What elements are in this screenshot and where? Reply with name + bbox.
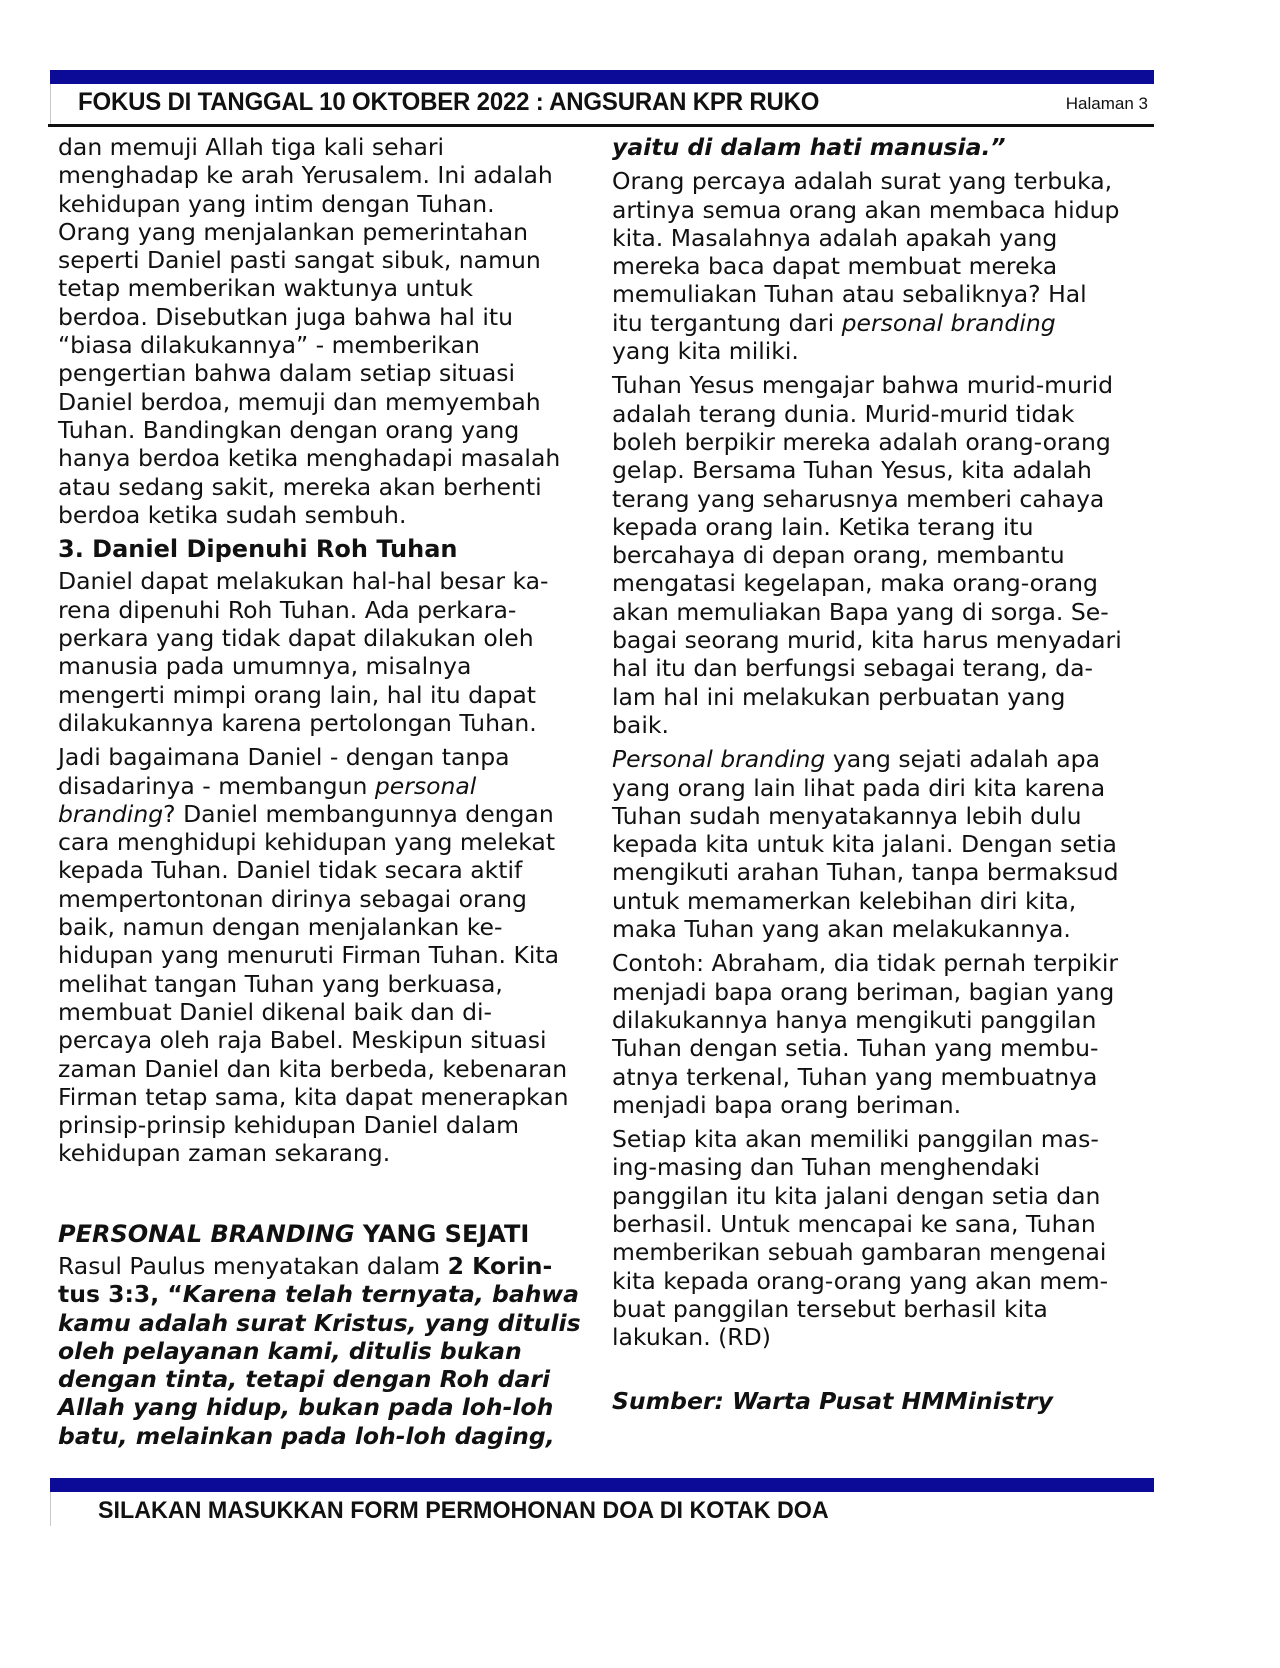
source-credit: Sumber: Warta Pusat HMMinistry: [612, 1387, 1172, 1415]
paragraph-true-branding: Personal branding yang sejati adalah apa…: [612, 745, 1172, 943]
paragraph-calling: Setiap kita akan memiliki panggilan mas-…: [612, 1125, 1172, 1351]
scripture-quote: Karena telah ternyata, bahwa: [183, 1280, 579, 1308]
scripture-reference: 2 Korin-: [448, 1252, 553, 1280]
italic-term: branding: [58, 800, 163, 828]
header-rule: [48, 124, 1154, 127]
paragraph-corinthians-quote: Rasul Paulus menyatakan dalam 2 Korin- t…: [58, 1252, 618, 1450]
top-accent-bar: [50, 70, 1154, 84]
paragraph-open-letter: Orang percaya adalah surat yang terbuka,…: [612, 167, 1172, 365]
paragraph-light-of-world: Tuhan Yesus mengajar bahwa murid-murid a…: [612, 371, 1172, 739]
section-spacer: [58, 1174, 618, 1216]
left-column: dan memuji Allah tiga kali sehari mengha…: [58, 133, 618, 1456]
page-number: Halaman 3: [1066, 94, 1148, 114]
italic-term: personal: [375, 772, 476, 800]
left-edge-line: [50, 84, 51, 124]
paragraph-prayer-life: dan memuji Allah tiga kali sehari mengha…: [58, 133, 618, 529]
paragraph-daniel-branding: Jadi bagaimana Daniel - dengan tanpa dis…: [58, 743, 618, 1167]
paragraph-daniel-spirit: Daniel dapat melakukan hal-hal besar ka-…: [58, 567, 618, 737]
subheading-daniel-spirit: 3. Daniel Dipenuhi Roh Tuhan: [58, 535, 618, 563]
paragraph-abraham-example: Contoh: Abraham, dia tidak pernah terpik…: [612, 949, 1172, 1119]
italic-term: personal branding: [842, 309, 1056, 337]
page-title: FOKUS DI TANGGAL 10 OKTOBER 2022 : ANGSU…: [78, 88, 819, 117]
section-heading-personal-branding: PERSONAL BRANDING YANG SEJATI: [58, 1220, 618, 1248]
right-column: yaitu di dalam hati manusia.” Orang perc…: [612, 133, 1172, 1416]
left-edge-line-bottom: [50, 1492, 51, 1526]
footer-notice: SILAKAN MASUKKAN FORM PERMOHONAN DOA DI …: [98, 1497, 829, 1525]
italic-term: Personal branding: [612, 745, 825, 773]
scripture-quote-end: yaitu di dalam hati manusia.”: [612, 133, 1172, 161]
bottom-accent-bar: [50, 1478, 1154, 1492]
